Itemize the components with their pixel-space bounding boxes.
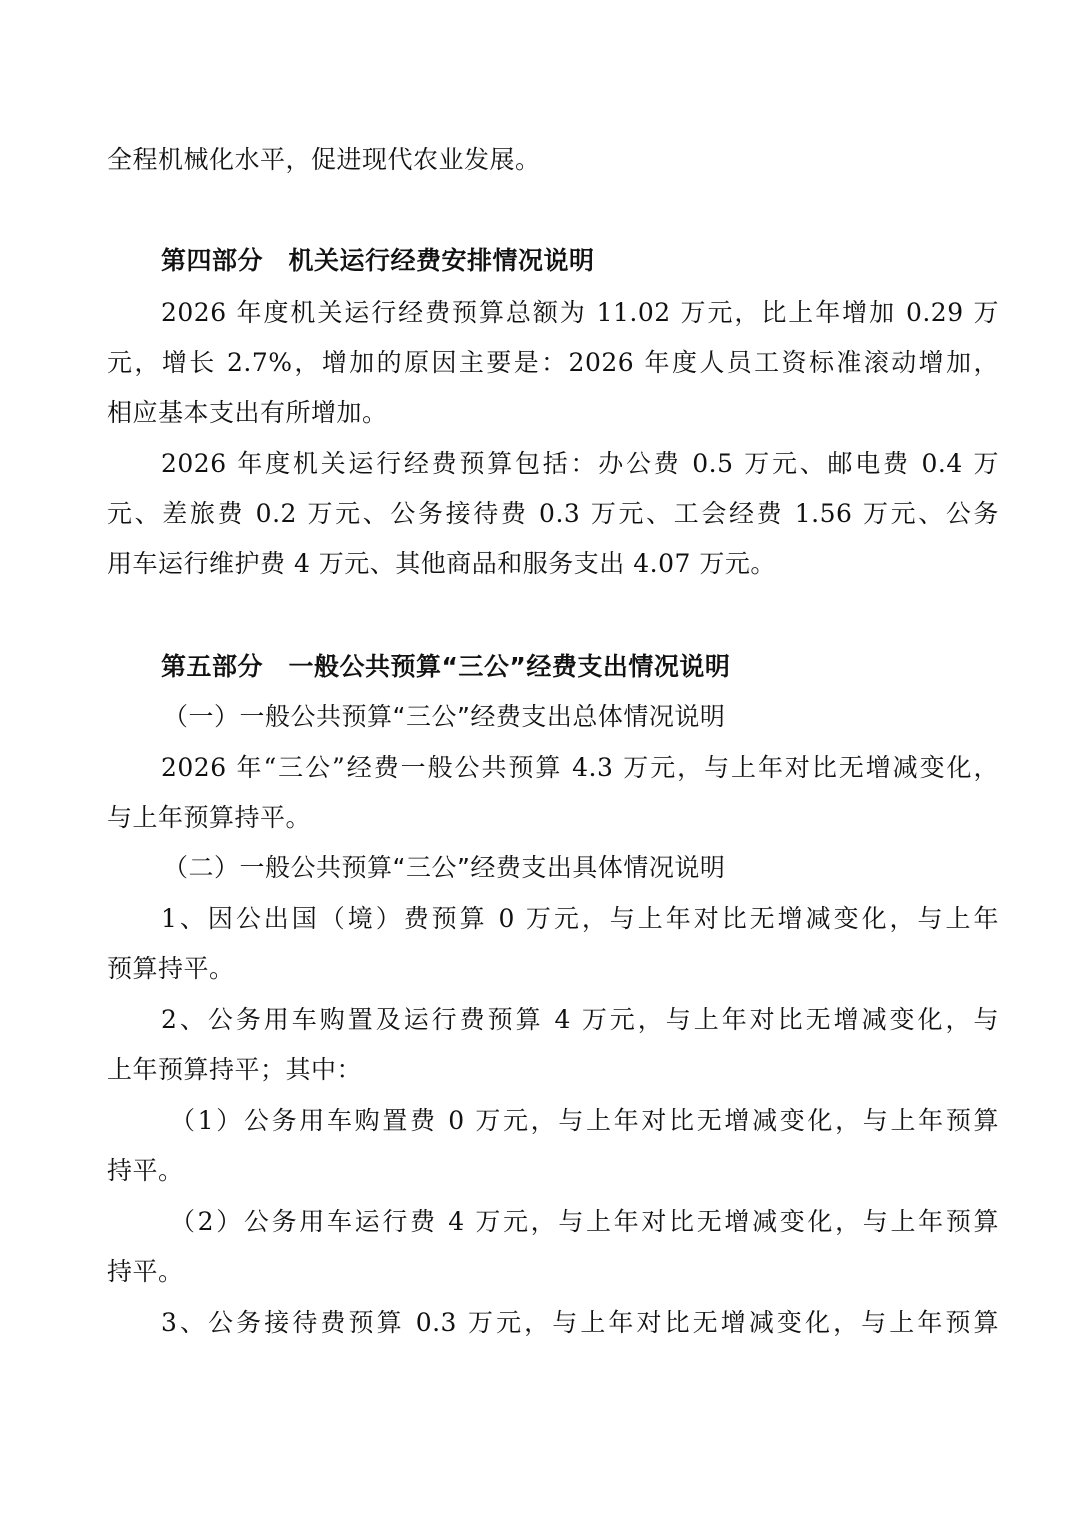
- paragraph-line: 2026 年“三公”经费一般公共预算 4.3 万元，与上年对比无增减变化，: [161, 751, 999, 785]
- list-item-line: 2、公务用车购置及运行费预算 4 万元，与上年对比无增减变化，与: [161, 1003, 999, 1037]
- list-item-line: 预算持平。: [107, 952, 999, 986]
- paragraph-line: 元、差旅费 0.2 万元、公务接待费 0.3 万元、工会经费 1.56 万元、公…: [107, 497, 999, 531]
- list-subitem-line: （2）公务用车运行费 4 万元，与上年对比无增减变化，与上年预算: [170, 1205, 999, 1239]
- list-subitem-line: 持平。: [107, 1255, 999, 1289]
- paragraph-line: 2026 年度机关运行经费预算总额为 11.02 万元，比上年增加 0.29 万: [161, 296, 999, 330]
- list-item-line: 上年预算持平；其中：: [107, 1053, 999, 1087]
- list-subitem-line: （1）公务用车购置费 0 万元，与上年对比无增减变化，与上年预算: [170, 1104, 999, 1138]
- list-subitem-line: 持平。: [107, 1154, 999, 1188]
- paragraph-line: 全程机械化水平，促进现代农业发展。: [107, 143, 999, 177]
- document-page: 全程机械化水平，促进现代农业发展。 第四部分 机关运行经费安排情况说明 2026…: [0, 0, 1074, 1520]
- paragraph-line: 用车运行维护费 4 万元、其他商品和服务支出 4.07 万元。: [107, 547, 999, 581]
- list-item-line: 3、公务接待费预算 0.3 万元，与上年对比无增减变化，与上年预算: [161, 1306, 999, 1340]
- subsection-heading-1: （一）一般公共预算“三公”经费支出总体情况说明: [163, 700, 1055, 734]
- paragraph-line: 与上年预算持平。: [107, 801, 999, 835]
- section-heading-part4: 第四部分 机关运行经费安排情况说明: [161, 244, 999, 278]
- paragraph-line: 元，增长 2.7%，增加的原因主要是：2026 年度人员工资标准滚动增加，: [107, 346, 999, 380]
- paragraph-line: 相应基本支出有所增加。: [107, 396, 999, 430]
- section-heading-part5: 第五部分 一般公共预算“三公”经费支出情况说明: [161, 650, 999, 684]
- paragraph-line: 2026 年度机关运行经费预算包括：办公费 0.5 万元、邮电费 0.4 万: [161, 447, 999, 481]
- list-item-line: 1、因公出国（境）费预算 0 万元，与上年对比无增减变化，与上年: [161, 902, 999, 936]
- subsection-heading-2: （二）一般公共预算“三公”经费支出具体情况说明: [163, 851, 1055, 885]
